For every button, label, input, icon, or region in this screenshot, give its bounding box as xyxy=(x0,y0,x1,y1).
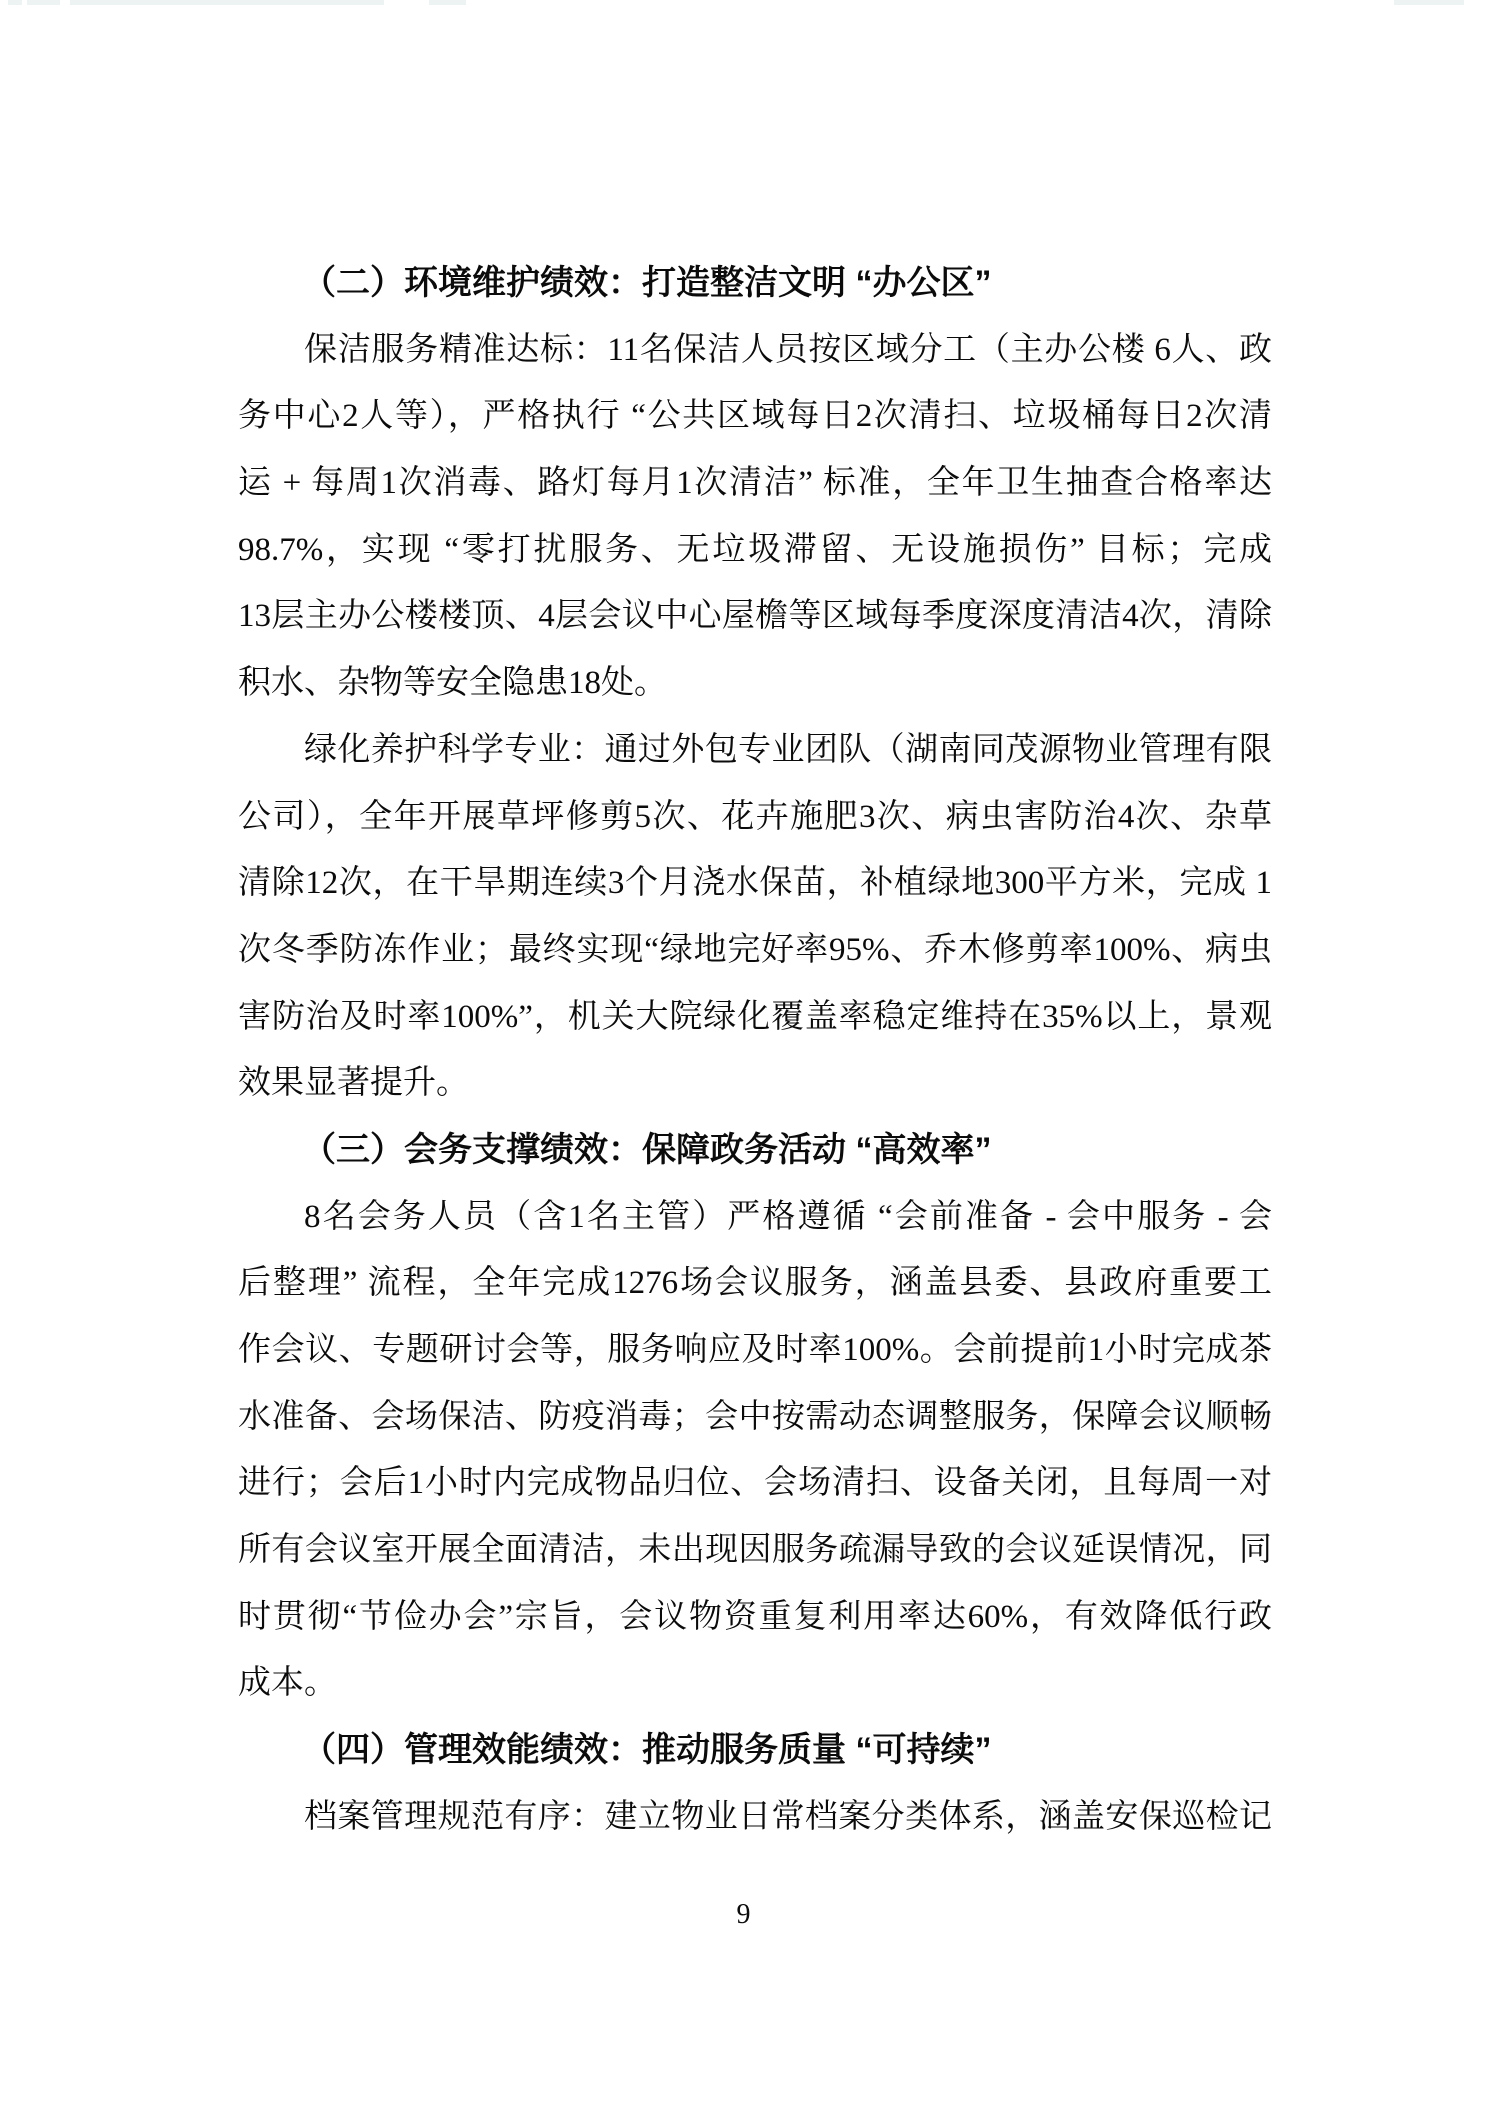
text-line: 清除12次，在干旱期连续3个月浇水保苗，补植绿地300平方米，完成 1 xyxy=(238,850,1272,917)
document-page: （二）环境维护绩效：打造整洁文明 “办公区” 保洁服务精准达标：11名保洁人员按… xyxy=(0,0,1487,2105)
text-line: 运 + 每周1次消毒、路灯每月1次清洁” 标准，全年卫生抽查合格率达 xyxy=(238,450,1272,517)
text-line: 水准备、会场保洁、防疫消毒；会中按需动态调整服务，保障会议顺畅 xyxy=(238,1384,1272,1451)
scan-artifact xyxy=(429,0,466,5)
text-line: 保洁服务精准达标：11名保洁人员按区域分工（主办公楼 6人、政 xyxy=(238,317,1272,384)
text-line: 次冬季防冻作业；最终实现“绿地完好率95%、乔木修剪率100%、病虫 xyxy=(238,917,1272,984)
section-heading-3: （三）会务支撑绩效：保障政务活动 “高效率” xyxy=(238,1117,1272,1184)
text-line: 积水、杂物等安全隐患18处。 xyxy=(238,650,1272,717)
section-heading-2: （二）环境维护绩效：打造整洁文明 “办公区” xyxy=(238,250,1272,317)
text-line: 8名会务人员（含1名主管）严格遵循 “会前准备 - 会中服务 - 会 xyxy=(238,1184,1272,1251)
document-body: （二）环境维护绩效：打造整洁文明 “办公区” 保洁服务精准达标：11名保洁人员按… xyxy=(238,250,1272,1851)
scan-artifact xyxy=(27,0,60,5)
page-number: 9 xyxy=(0,1893,1487,1937)
scan-artifact xyxy=(70,0,384,5)
section-heading-4: （四）管理效能绩效：推动服务质量 “可持续” xyxy=(238,1717,1272,1784)
scan-artifact xyxy=(1394,0,1464,5)
text-line: 进行；会后1小时内完成物品归位、会场清扫、设备关闭，且每周一对 xyxy=(238,1450,1272,1517)
text-line: 害防治及时率100%”，机关大院绿化覆盖率稳定维持在35%以上，景观 xyxy=(238,984,1272,1051)
text-line: 后整理” 流程，全年完成1276场会议服务，涵盖县委、县政府重要工 xyxy=(238,1250,1272,1317)
text-line: 作会议、专题研讨会等，服务响应及时率100%。会前提前1小时完成茶 xyxy=(238,1317,1272,1384)
text-line: 务中心2人等），严格执行 “公共区域每日2次清扫、垃圾桶每日2次清 xyxy=(238,383,1272,450)
text-line: 档案管理规范有序：建立物业日常档案分类体系，涵盖安保巡检记 xyxy=(238,1784,1272,1851)
text-line: 时贯彻“节俭办会”宗旨，会议物资重复利用率达60%，有效降低行政 xyxy=(238,1584,1272,1651)
text-line: 所有会议室开展全面清洁，未出现因服务疏漏导致的会议延误情况，同 xyxy=(238,1517,1272,1584)
scan-artifact xyxy=(8,0,22,5)
text-line: 13层主办公楼楼顶、4层会议中心屋檐等区域每季度深度清洁4次，清除 xyxy=(238,583,1272,650)
text-line: 公司），全年开展草坪修剪5次、花卉施肥3次、病虫害防治4次、杂草 xyxy=(238,784,1272,851)
text-line: 98.7%，实现 “零打扰服务、无垃圾滞留、无设施损伤” 目标；完成 xyxy=(238,517,1272,584)
text-line: 效果显著提升。 xyxy=(238,1050,1272,1117)
text-line: 成本。 xyxy=(238,1650,1272,1717)
text-line: 绿化养护科学专业：通过外包专业团队（湖南同茂源物业管理有限 xyxy=(238,717,1272,784)
